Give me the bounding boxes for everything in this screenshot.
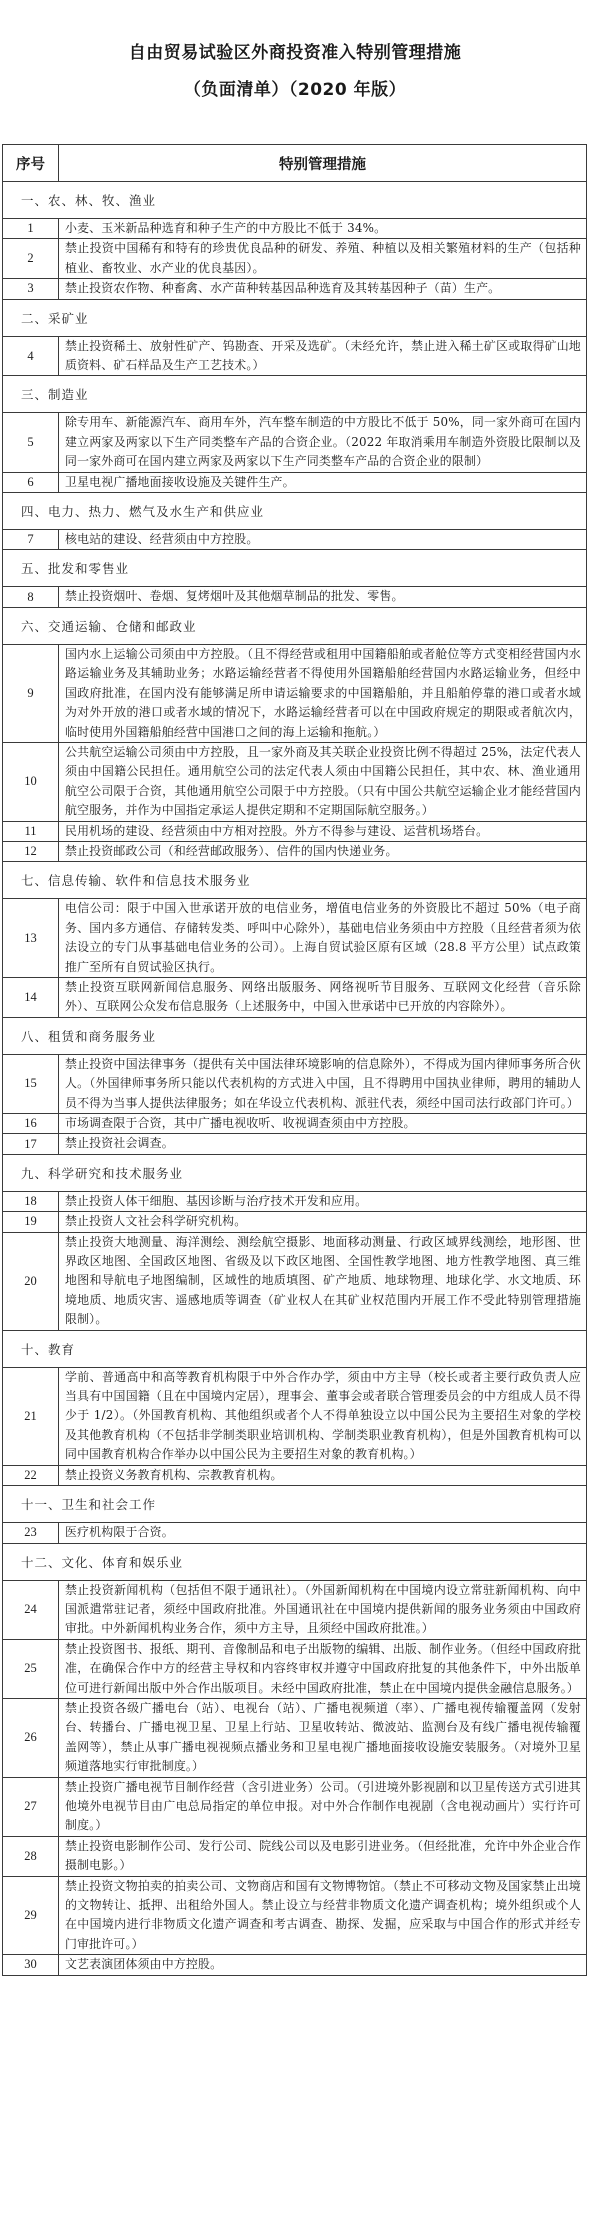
table-row: 21学前、普通高中和高等教育机构限于中外合作办学，须由中方主导（校长或者主要行政… [3,1367,587,1465]
item-measure-text: 卫星电视广播地面接收设施及关键件生产。 [59,472,587,492]
item-number: 10 [3,742,59,821]
item-measure-text: 禁止投资邮政公司（和经营邮政服务）、信件的国内快递业务。 [59,841,587,861]
table-row: 13电信公司：限于中国入世承诺开放的电信业务，增值电信业务的外资股比不超过 50… [3,899,587,978]
table-row: 2禁止投资中国稀有和特有的珍贵优良品种的研发、养殖、种植以及相关繁殖材料的生产（… [3,239,587,279]
item-measure-text: 禁止投资大地测量、海洋测绘、测绘航空摄影、地面移动测量、行政区域界线测绘，地形图… [59,1232,587,1330]
negative-list-table: 序号 特别管理措施 一、农、林、牧、渔业1小麦、玉米新品种选育和种子生产的中方股… [2,144,587,1976]
item-number: 27 [3,1777,59,1836]
item-measure-text: 禁止投资广播电视节目制作经营（含引进业务）公司。（引进境外影视剧和以卫星传送方式… [59,1777,587,1836]
table-row: 29禁止投资文物拍卖的拍卖公司、文物商店和国有文物博物馆。（禁止不可移动文物及国… [3,1876,587,1955]
item-number: 8 [3,587,59,607]
item-number: 14 [3,977,59,1017]
section-heading: 十、教育 [3,1330,587,1367]
table-row: 10公共航空运输公司须由中方控股，且一家外商及其关联企业投资比例不得超过 25%… [3,742,587,821]
section-heading: 七、信息传输、软件和信息技术服务业 [3,862,587,899]
section-heading: 二、采矿业 [3,299,587,336]
table-row: 6卫星电视广播地面接收设施及关键件生产。 [3,472,587,492]
item-number: 3 [3,279,59,299]
section-row: 二、采矿业 [3,299,587,336]
table-row: 22禁止投资义务教育机构、宗教教育机构。 [3,1465,587,1485]
section-heading: 三、制造业 [3,376,587,413]
section-heading: 四、电力、热力、燃气及水生产和供应业 [3,493,587,530]
document-subtitle: （负面清单）（2020 年版） [0,75,590,100]
item-number: 24 [3,1580,59,1639]
table-body: 一、农、林、牧、渔业1小麦、玉米新品种选育和种子生产的中方股比不低于 34%。2… [3,182,587,1976]
table-row: 17禁止投资社会调查。 [3,1134,587,1154]
section-row: 八、租赁和商务服务业 [3,1017,587,1054]
section-heading: 八、租赁和商务服务业 [3,1017,587,1054]
table-row: 27禁止投资广播电视节目制作经营（含引进业务）公司。（引进境外影视剧和以卫星传送… [3,1777,587,1836]
section-heading: 十二、文化、体育和娱乐业 [3,1543,587,1580]
item-number: 28 [3,1836,59,1876]
item-measure-text: 小麦、玉米新品种选育和种子生产的中方股比不低于 34%。 [59,219,587,239]
table-row: 28禁止投资电影制作公司、发行公司、院线公司以及电影引进业务。（但经批准，允许中… [3,1836,587,1876]
item-measure-text: 禁止投资图书、报纸、期刊、音像制品和电子出版物的编辑、出版、制作业务。（但经中国… [59,1639,587,1698]
item-measure-text: 禁止投资中国稀有和特有的珍贵优良品种的研发、养殖、种植以及相关繁殖材料的生产（包… [59,239,587,279]
item-number: 12 [3,841,59,861]
table-header-row: 序号 特别管理措施 [3,145,587,182]
item-measure-text: 文艺表演团体须由中方控股。 [59,1955,587,1975]
table-row: 3禁止投资农作物、种畜禽、水产苗种转基因品种选育及其转基因种子（苗）生产。 [3,279,587,299]
section-row: 十二、文化、体育和娱乐业 [3,1543,587,1580]
item-measure-text: 禁止投资稀土、放射性矿产、钨勘查、开采及选矿。（未经允许，禁止进入稀土矿区或取得… [59,336,587,376]
table-row: 25禁止投资图书、报纸、期刊、音像制品和电子出版物的编辑、出版、制作业务。（但经… [3,1639,587,1698]
item-measure-text: 禁止投资互联网新闻信息服务、网络出版服务、网络视听节目服务、互联网文化经营（音乐… [59,977,587,1017]
table-row: 24禁止投资新闻机构（包括但不限于通讯社）。（外国新闻机构在中国境内设立常驻新闻… [3,1580,587,1639]
table-row: 19禁止投资人文社会科学研究机构。 [3,1212,587,1232]
item-number: 18 [3,1191,59,1211]
item-number: 7 [3,530,59,550]
section-row: 一、农、林、牧、渔业 [3,182,587,219]
section-row: 六、交通运输、仓储和邮政业 [3,607,587,644]
item-measure-text: 民用机场的建设、经营须由中方相对控股。外方不得参与建设、运营机场塔台。 [59,821,587,841]
table-row: 30文艺表演团体须由中方控股。 [3,1955,587,1975]
item-number: 19 [3,1212,59,1232]
document-title: 自由贸易试验区外商投资准入特别管理措施 [0,38,590,63]
item-measure-text: 禁止投资新闻机构（包括但不限于通讯社）。（外国新闻机构在中国境内设立常驻新闻机构… [59,1580,587,1639]
item-measure-text: 电信公司：限于中国入世承诺开放的电信业务，增值电信业务的外资股比不超过 50%（… [59,899,587,978]
item-number: 23 [3,1523,59,1543]
table-row: 11民用机场的建设、经营须由中方相对控股。外方不得参与建设、运营机场塔台。 [3,821,587,841]
item-measure-text: 核电站的建设、经营须由中方控股。 [59,530,587,550]
header-measures: 特别管理措施 [59,145,587,182]
item-number: 4 [3,336,59,376]
item-number: 22 [3,1465,59,1485]
item-measure-text: 禁止投资社会调查。 [59,1134,587,1154]
item-number: 6 [3,472,59,492]
item-measure-text: 除专用车、新能源汽车、商用车外，汽车整车制造的中方股比不低于 50%，同一家外商… [59,413,587,472]
item-measure-text: 禁止投资人体干细胞、基因诊断与治疗技术开发和应用。 [59,1191,587,1211]
header-number: 序号 [3,145,59,182]
item-number: 21 [3,1367,59,1465]
item-measure-text: 禁止投资义务教育机构、宗教教育机构。 [59,1465,587,1485]
item-measure-text: 医疗机构限于合资。 [59,1523,587,1543]
item-number: 2 [3,239,59,279]
item-measure-text: 公共航空运输公司须由中方控股，且一家外商及其关联企业投资比例不得超过 25%，法… [59,742,587,821]
item-measure-text: 禁止投资农作物、种畜禽、水产苗种转基因品种选育及其转基因种子（苗）生产。 [59,279,587,299]
item-number: 29 [3,1876,59,1955]
table-row: 7核电站的建设、经营须由中方控股。 [3,530,587,550]
section-row: 五、批发和零售业 [3,550,587,587]
table-row: 18禁止投资人体干细胞、基因诊断与治疗技术开发和应用。 [3,1191,587,1211]
item-number: 17 [3,1134,59,1154]
section-row: 三、制造业 [3,376,587,413]
table-row: 12禁止投资邮政公司（和经营邮政服务）、信件的国内快递业务。 [3,841,587,861]
table-row: 15禁止投资中国法律事务（提供有关中国法律环境影响的信息除外），不得成为国内律师… [3,1054,587,1113]
section-row: 四、电力、热力、燃气及水生产和供应业 [3,493,587,530]
item-number: 20 [3,1232,59,1330]
section-row: 七、信息传输、软件和信息技术服务业 [3,862,587,899]
table-row: 9国内水上运输公司须由中方控股。（且不得经营或租用中国籍船舶或者舱位等方式变相经… [3,644,587,742]
item-number: 15 [3,1054,59,1113]
section-heading: 六、交通运输、仓储和邮政业 [3,607,587,644]
item-measure-text: 禁止投资电影制作公司、发行公司、院线公司以及电影引进业务。（但经批准，允许中外企… [59,1836,587,1876]
item-number: 30 [3,1955,59,1975]
item-measure-text: 禁止投资人文社会科学研究机构。 [59,1212,587,1232]
table-row: 23医疗机构限于合资。 [3,1523,587,1543]
section-heading: 五、批发和零售业 [3,550,587,587]
item-number: 9 [3,644,59,742]
item-measure-text: 禁止投资烟叶、卷烟、复烤烟叶及其他烟草制品的批发、零售。 [59,587,587,607]
table-row: 26禁止投资各级广播电台（站）、电视台（站）、广播电视频道（率）、广播电视传输覆… [3,1698,587,1777]
table-row: 14禁止投资互联网新闻信息服务、网络出版服务、网络视听节目服务、互联网文化经营（… [3,977,587,1017]
section-heading: 一、农、林、牧、渔业 [3,182,587,219]
item-number: 1 [3,219,59,239]
table-row: 5除专用车、新能源汽车、商用车外，汽车整车制造的中方股比不低于 50%，同一家外… [3,413,587,472]
item-measure-text: 市场调查限于合资，其中广播电视收听、收视调查须由中方控股。 [59,1114,587,1134]
section-heading: 九、科学研究和技术服务业 [3,1154,587,1191]
section-row: 十、教育 [3,1330,587,1367]
section-row: 十一、卫生和社会工作 [3,1486,587,1523]
item-number: 25 [3,1639,59,1698]
section-heading: 十一、卫生和社会工作 [3,1486,587,1523]
item-measure-text: 禁止投资中国法律事务（提供有关中国法律环境影响的信息除外），不得成为国内律师事务… [59,1054,587,1113]
item-number: 13 [3,899,59,978]
item-measure-text: 学前、普通高中和高等教育机构限于中外合作办学，须由中方主导（校长或者主要行政负责… [59,1367,587,1465]
section-row: 九、科学研究和技术服务业 [3,1154,587,1191]
item-number: 5 [3,413,59,472]
item-number: 11 [3,821,59,841]
item-measure-text: 禁止投资文物拍卖的拍卖公司、文物商店和国有文物博物馆。（禁止不可移动文物及国家禁… [59,1876,587,1955]
item-measure-text: 禁止投资各级广播电台（站）、电视台（站）、广播电视频道（率）、广播电视传输覆盖网… [59,1698,587,1777]
table-row: 1小麦、玉米新品种选育和种子生产的中方股比不低于 34%。 [3,219,587,239]
table-row: 16市场调查限于合资，其中广播电视收听、收视调查须由中方控股。 [3,1114,587,1134]
item-measure-text: 国内水上运输公司须由中方控股。（且不得经营或租用中国籍船舶或者舱位等方式变相经营… [59,644,587,742]
item-number: 16 [3,1114,59,1134]
table-row: 20禁止投资大地测量、海洋测绘、测绘航空摄影、地面移动测量、行政区域界线测绘，地… [3,1232,587,1330]
item-number: 26 [3,1698,59,1777]
table-row: 8禁止投资烟叶、卷烟、复烤烟叶及其他烟草制品的批发、零售。 [3,587,587,607]
table-row: 4禁止投资稀土、放射性矿产、钨勘查、开采及选矿。（未经允许，禁止进入稀土矿区或取… [3,336,587,376]
